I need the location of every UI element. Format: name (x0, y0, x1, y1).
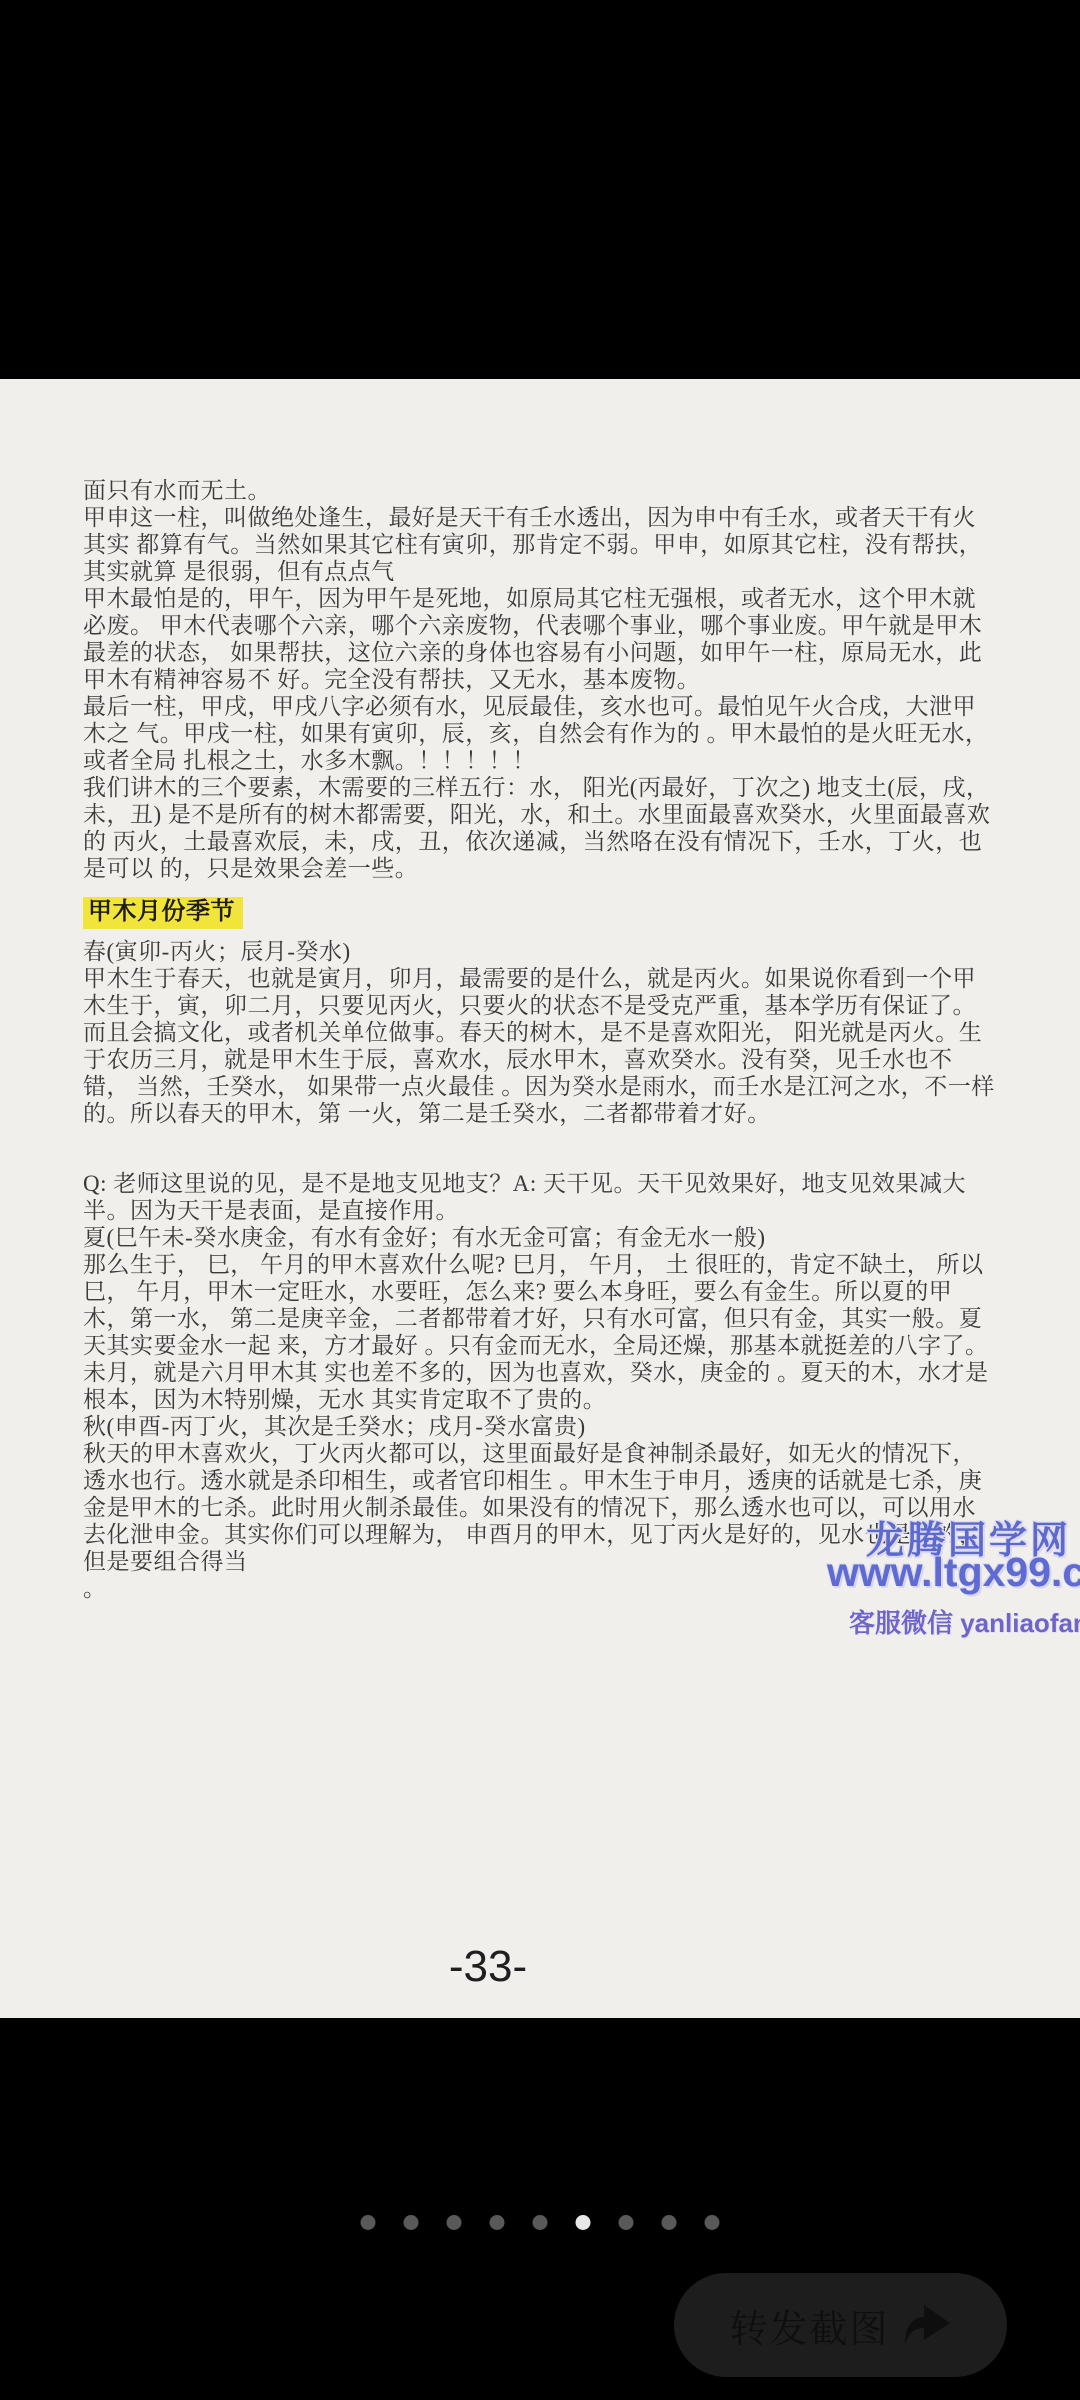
trailing-period: 。 (83, 1575, 996, 1602)
section-heading-row: 甲木月份季节 (83, 897, 996, 929)
summer-title: 夏(巳午未-癸水庚金，有水有金好；有水无金可富；有金无水一般) (83, 1224, 996, 1251)
autumn-body: 秋天的甲木喜欢火，丁火丙火都可以，这里面最好是食神制杀最好，如无火的情况下，透水… (83, 1440, 996, 1575)
page-number: -33- (0, 1942, 976, 1992)
body-paragraph: 面只有水而无土。 (83, 477, 996, 504)
summer-body: 那么生于， 巳， 午月的甲木喜欢什么呢? 巳月， 午月， 土 很旺的，肯定不缺土… (83, 1251, 996, 1413)
pagination-dot[interactable] (619, 2215, 634, 2230)
share-screenshot-button[interactable]: 转发截图 (674, 2273, 1007, 2377)
document-page[interactable]: 面只有水而无土。 甲申这一柱，叫做绝处逢生，最好是天干有壬水透出，因为申中有壬水… (0, 379, 1080, 2018)
share-forward-arrow-icon (904, 2303, 952, 2347)
body-paragraph: 我们讲木的三个要素，木需要的三样五行：水， 阳光(丙最好，丁次之) 地支土(辰，… (83, 774, 996, 882)
pagination-dot[interactable] (404, 2215, 419, 2230)
pagination-dot[interactable] (662, 2215, 677, 2230)
share-button-label: 转发截图 (729, 2298, 889, 2353)
autumn-title: 秋(申酉-丙丁火，其次是壬癸水；戌月-癸水富贵) (83, 1413, 996, 1440)
pagination-dot[interactable] (533, 2215, 548, 2230)
watermark-contact: 客服微信 yanliaofan225 (849, 1603, 1080, 1640)
body-paragraph: 甲申这一柱，叫做绝处逢生，最好是天干有壬水透出，因为申中有壬水，或者天干有火其实… (83, 504, 996, 585)
section-heading: 甲木月份季节 (83, 897, 243, 929)
document-text: 面只有水而无土。 甲申这一柱，叫做绝处逢生，最好是天干有壬水透出，因为申中有壬水… (83, 477, 996, 1602)
body-paragraph: 最后一柱，甲戌，甲戌八字必须有水，见辰最佳，亥水也可。最怕见午火合戌，大泄甲木之… (83, 693, 996, 774)
spring-body: 甲木生于春天，也就是寅月，卯月，最需要的是什么，就是丙火。如果说你看到一个甲木生… (83, 965, 996, 1127)
pagination-dot[interactable] (705, 2215, 720, 2230)
phone-screen: 面只有水而无土。 甲申这一柱，叫做绝处逢生，最好是天干有壬水透出，因为申中有壬水… (0, 0, 1080, 2400)
pagination-dot-active[interactable] (576, 2215, 591, 2230)
pagination-dot[interactable] (361, 2215, 376, 2230)
body-paragraph: 甲木最怕是的，甲午，因为甲午是死地，如原局其它柱无强根，或者无水，这个甲木就必废… (83, 585, 996, 693)
pagination-dot[interactable] (490, 2215, 505, 2230)
pagination-dots[interactable] (361, 2215, 720, 2230)
pagination-dot[interactable] (447, 2215, 462, 2230)
qa-paragraph: Q: 老师这里说的见，是不是地支见地支？A: 天干见。天干见效果好，地支见效果减… (83, 1170, 996, 1224)
spring-title: 春(寅卯-丙火；辰月-癸水) (83, 938, 996, 965)
